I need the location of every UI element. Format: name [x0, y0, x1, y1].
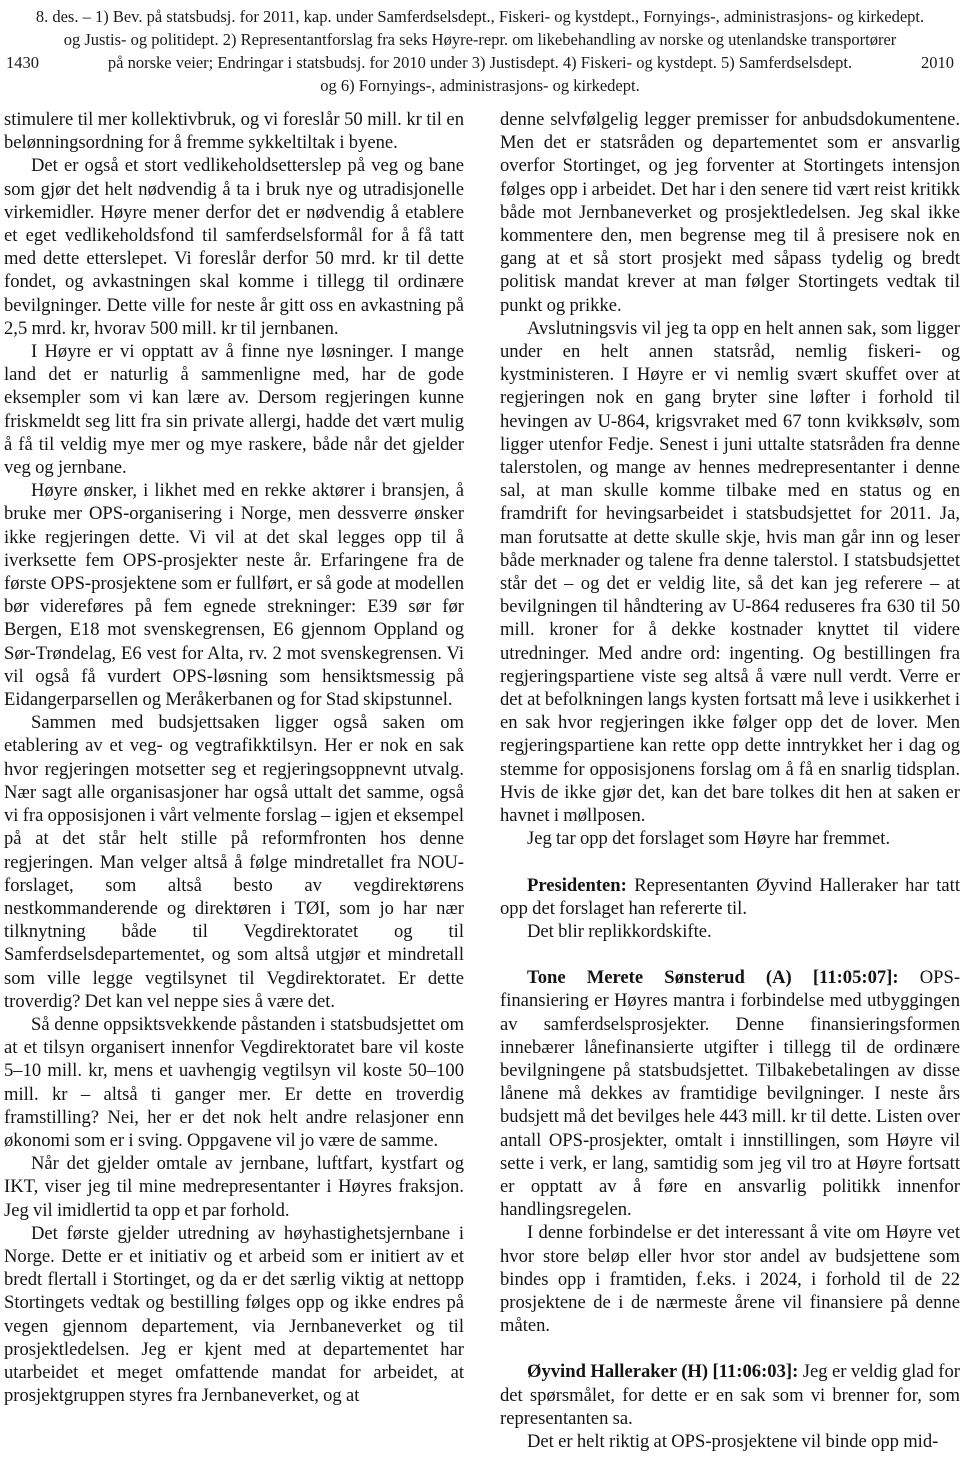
speech-paragraph: Presidenten: Representanten Øyvind Halle…: [500, 874, 960, 920]
paragraph: stimulere til mer kollektivbruk, og vi f…: [4, 108, 464, 154]
header-title-line-4: og 6) Fornyings-, administrasjons- og ki…: [0, 74, 960, 97]
document-body: stimulere til mer kollektivbruk, og vi f…: [0, 108, 960, 1453]
header-title-line-3: på norske veier; Endringar i statsbudsj.…: [108, 53, 852, 72]
paragraph-text: Når det gjelder omtale av jernbane, luft…: [4, 1153, 464, 1220]
header-year: 2010: [921, 51, 954, 74]
speech-paragraph: Tone Merete Sønsterud (A) [11:05:07]: OP…: [500, 966, 960, 1221]
proceedings-page: { "header": { "page_number": "1430", "ye…: [0, 0, 960, 1482]
paragraph-text: denne selvfølgelig legger premisser for …: [500, 109, 960, 316]
paragraph: I denne forbindelse er det interessant å…: [500, 1221, 960, 1337]
paragraph-text: Høyre ønsker, i likhet med en rekke aktø…: [4, 480, 464, 710]
header-title-line-1: 8. des. – 1) Bev. på statsbudsj. for 201…: [0, 5, 960, 28]
paragraph-text: Det første gjelder utredning av høyhasti…: [4, 1223, 464, 1406]
header-title-row-3: 1430 på norske veier; Endringar i statsb…: [0, 51, 960, 74]
paragraph: Det blir replikkordskifte.: [500, 920, 960, 943]
paragraph-text: OPS-finansiering er Høyres mantra i forb…: [500, 967, 960, 1220]
paragraph: denne selvfølgelig legger premisser for …: [500, 108, 960, 317]
paragraph-text: Det blir replikkordskifte.: [527, 921, 712, 942]
paragraph-text: Det er helt riktig at OPS-prosjektene vi…: [527, 1431, 938, 1452]
paragraph: Jeg tar opp det forslaget som Høyre har …: [500, 827, 960, 850]
paragraph: Det er helt riktig at OPS-prosjektene vi…: [500, 1430, 960, 1453]
column-left: stimulere til mer kollektivbruk, og vi f…: [4, 108, 464, 1453]
paragraph-text: I Høyre er vi opptatt av å finne nye løs…: [4, 341, 464, 478]
paragraph: Avslutningsvis vil jeg ta opp en helt an…: [500, 317, 960, 827]
column-right: denne selvfølgelig legger premisser for …: [500, 108, 960, 1453]
speaker-name: Tone Merete Sønsterud (A) [11:05:07]:: [527, 967, 899, 988]
paragraph: Det første gjelder utredning av høyhasti…: [4, 1222, 464, 1408]
speaker-name: Øyvind Halleraker (H) [11:06:03]:: [527, 1361, 798, 1382]
paragraph-text: Det er også et stort vedlikeholdsettersl…: [4, 155, 464, 338]
paragraph-text: Avslutningsvis vil jeg ta opp en helt an…: [500, 318, 960, 826]
paragraph-text: Jeg tar opp det forslaget som Høyre har …: [527, 828, 890, 849]
header-title-line-2: og Justis- og politidept. 2) Representan…: [0, 28, 960, 51]
paragraph: Det er også et stort vedlikeholdsettersl…: [4, 154, 464, 340]
paragraph-text: I denne forbindelse er det interessant å…: [500, 1222, 960, 1336]
speech-paragraph: Øyvind Halleraker (H) [11:06:03]: Jeg er…: [500, 1360, 960, 1430]
paragraph: I Høyre er vi opptatt av å finne nye løs…: [4, 340, 464, 479]
paragraph-text: Så denne oppsiktsvekkende påstanden i st…: [4, 1014, 464, 1151]
page-header: 8. des. – 1) Bev. på statsbudsj. for 201…: [0, 0, 960, 97]
speaker-name: Presidenten:: [527, 875, 627, 896]
paragraph-text: stimulere til mer kollektivbruk, og vi f…: [4, 109, 464, 153]
paragraph: Så denne oppsiktsvekkende påstanden i st…: [4, 1013, 464, 1152]
paragraph: Når det gjelder omtale av jernbane, luft…: [4, 1152, 464, 1222]
page-number: 1430: [6, 51, 39, 74]
paragraph-text: Sammen med budsjettsaken ligger også sak…: [4, 712, 464, 1011]
paragraph: Høyre ønsker, i likhet med en rekke aktø…: [4, 479, 464, 711]
paragraph: Sammen med budsjettsaken ligger også sak…: [4, 711, 464, 1013]
